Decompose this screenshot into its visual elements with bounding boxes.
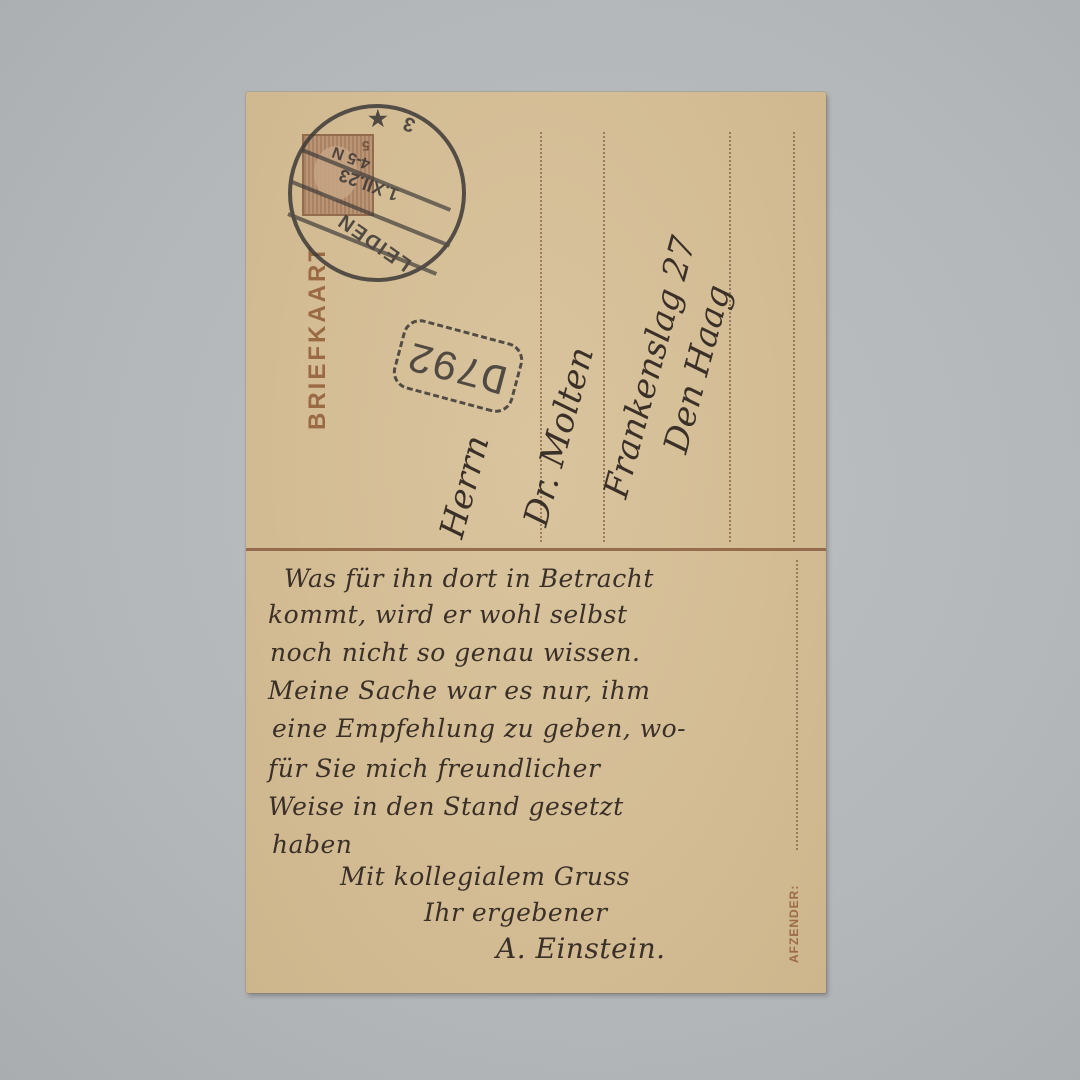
- postmark: 1.XII.23 4-5 N LEIDEN 3 ★: [288, 104, 466, 282]
- postmark-date: 1.XII.23: [336, 164, 401, 205]
- afzender-label: AFZENDER:: [787, 885, 801, 963]
- message-line: Was für ihn dort in Betracht: [284, 564, 654, 593]
- closing-line: Ihr ergebener: [424, 898, 608, 927]
- card-divider-line: [246, 548, 826, 551]
- postmark-code: 3: [400, 111, 418, 136]
- message-line: kommt, wird er wohl selbst: [268, 600, 628, 629]
- star-icon: ★: [368, 106, 388, 132]
- message-line: eine Empfehlung zu geben, wo-: [272, 714, 686, 743]
- address-line-4: [793, 132, 795, 542]
- address-recipient-title: Herrn: [432, 431, 498, 542]
- address-line-3: [729, 132, 731, 542]
- sender-line: [796, 560, 798, 850]
- censor-stamp: D792: [389, 315, 527, 417]
- message-line: noch nicht so genau wissen.: [270, 638, 640, 667]
- signature: A. Einstein.: [496, 932, 666, 965]
- closing-line: Mit kollegialem Gruss: [340, 862, 630, 891]
- censor-stamp-text: D792: [403, 330, 513, 402]
- briefkaart-label: BRIEFKAART: [304, 244, 332, 430]
- message-line: Weise in den Stand gesetzt: [268, 792, 624, 821]
- message-line: haben: [272, 830, 352, 859]
- postcard: BRIEFKAART AFZENDER: 5 1.XII.23 4-5 N LE…: [246, 92, 826, 993]
- message-line: für Sie mich freundlicher: [268, 754, 600, 783]
- message-line: Meine Sache war es nur, ihm: [268, 676, 650, 705]
- address-recipient-name: Dr. Molten: [516, 343, 602, 530]
